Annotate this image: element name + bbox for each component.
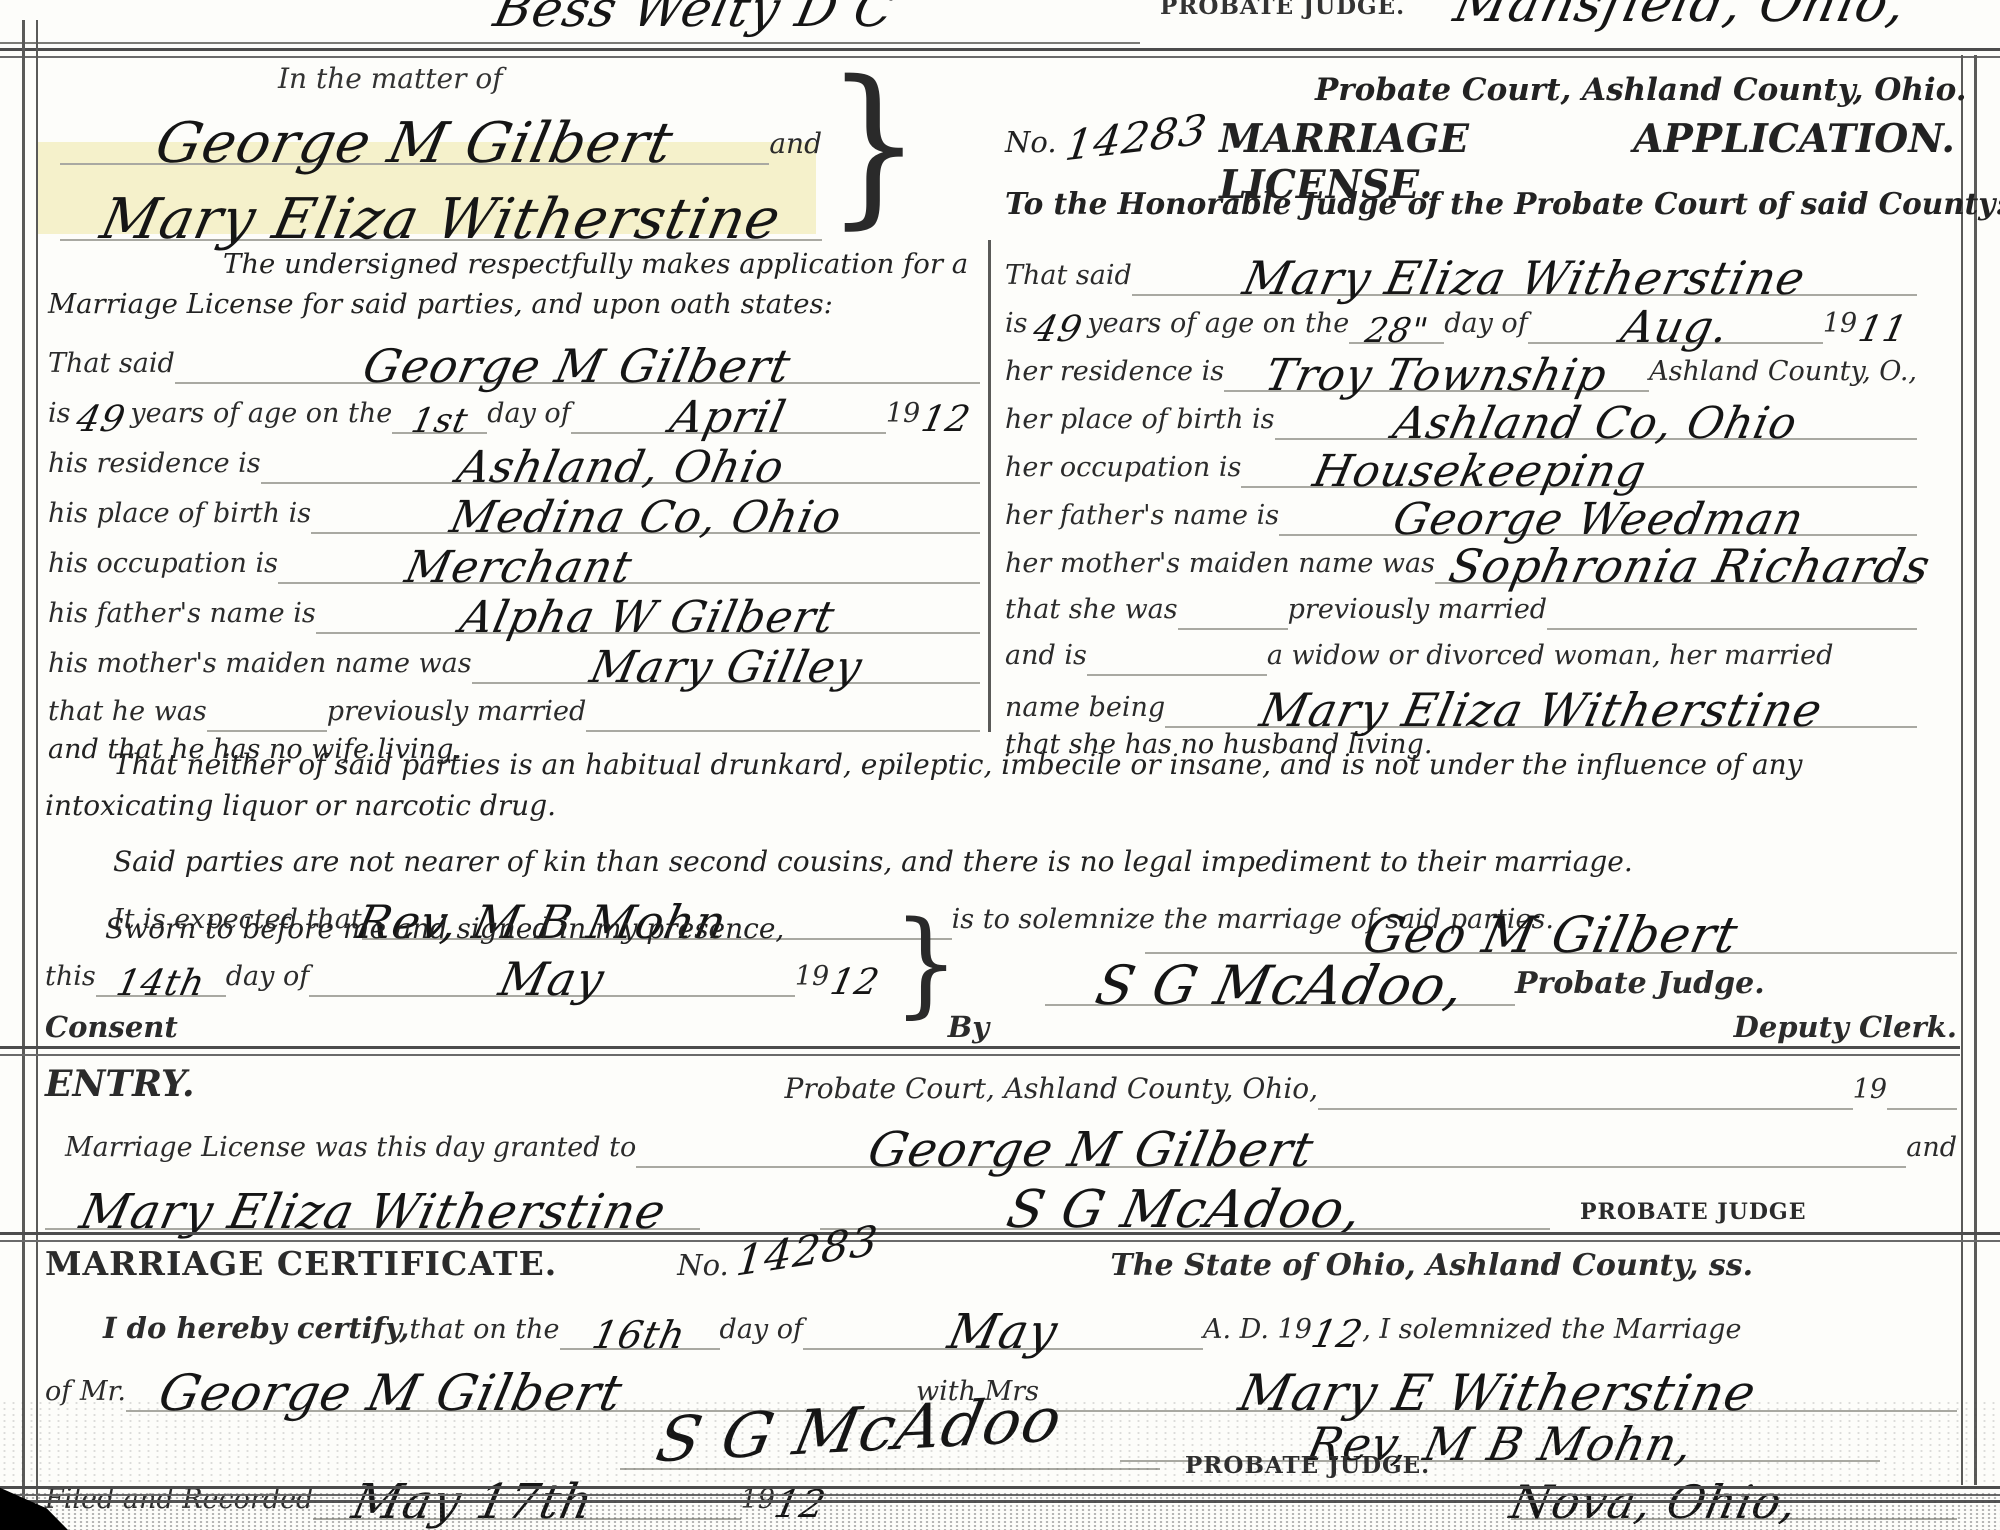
year-prefix: 19 — [886, 398, 920, 434]
bride-residence-field: Troy Township — [1224, 359, 1649, 392]
application-intro-2: Marriage License for said parties, and u… — [48, 284, 980, 324]
this-label: this — [45, 961, 96, 997]
drunkard-clause: That neither of said parties is an habit… — [45, 744, 1957, 826]
left-border-inner — [36, 20, 38, 1530]
no-label: No. — [677, 1248, 729, 1287]
groom-mother-value: Mary Gilley — [587, 651, 865, 685]
groom-month-field: April — [571, 401, 886, 434]
residence-suffix-label: Ashland County, O., — [1649, 356, 1917, 392]
groom-mother-field: Mary Gilley — [472, 651, 980, 684]
day-of-label: day of — [720, 1314, 803, 1350]
father-label: his father's name is — [48, 598, 316, 634]
groom-father-field: Alpha W Gilbert — [316, 601, 980, 634]
bride-mother-value: Sophronia Richards — [1446, 549, 1933, 585]
header-brace: } — [826, 45, 921, 245]
groom-column: The undersigned respectfully makes appli… — [48, 244, 980, 768]
mother-label: his mother's maiden name was — [48, 648, 472, 684]
license-number: 14283 — [1063, 114, 1209, 163]
bride-month-value: Aug. — [1618, 311, 1732, 345]
previously-married-label-1: that he was — [48, 696, 207, 732]
sworn-month-value: May — [496, 962, 607, 998]
bride-year-value: 11 — [1856, 316, 1910, 344]
bride-occupation-field: Housekeeping — [1241, 455, 1917, 488]
previously-married-label-1: that she was — [1005, 594, 1178, 630]
and-is-label: and is — [1005, 640, 1087, 676]
signature-block: Geo M Gilbert S G McAdoo, Probate Judge. — [1045, 900, 1957, 1006]
year-prefix: 19 — [1853, 1074, 1887, 1110]
entry-section: ENTRY. Probate Court, Ashland County, Oh… — [45, 1058, 1957, 1230]
previously-married-label-2: previously married — [1288, 594, 1547, 630]
groom-occupation-value: Merchant — [403, 551, 636, 585]
state-of-ohio-line: The State of Ohio, Ashland County, ss. — [1110, 1248, 1753, 1288]
right-border-inner — [1961, 55, 1963, 1485]
bride-age-value: 49 — [1031, 316, 1085, 344]
groom-birthplace-value: Medina Co, Ohio — [447, 501, 844, 535]
groom-month-value: April — [668, 401, 789, 435]
cert-judge-signature: S G McAdoo — [653, 1396, 1066, 1465]
granted-label: Marriage License was this day granted to — [45, 1132, 636, 1168]
cert-month-field: May — [803, 1314, 1203, 1350]
day-of-label: day of — [1444, 308, 1527, 344]
on-the-label: that on the — [409, 1314, 559, 1350]
bride-name-field: Mary Eliza Witherstine — [1132, 261, 1917, 296]
name-being-label: name being — [1005, 692, 1165, 728]
groom-age-value: 49 — [74, 406, 128, 434]
groom-year-value: 12 — [919, 406, 973, 434]
rule — [0, 42, 1140, 44]
cert-year-value: 12 — [1309, 1320, 1366, 1350]
groom-father-value: Alpha W Gilbert — [458, 601, 838, 635]
consent-label: Consent — [45, 1010, 178, 1049]
sworn-day-value: 14th — [114, 970, 207, 998]
groom-name-field: George M Gilbert — [175, 349, 980, 384]
top-double-rule — [0, 48, 2000, 58]
certificate-title: MARRIAGE CERTIFICATE. — [45, 1244, 557, 1288]
bride-married-name-field: Mary Eliza Witherstine — [1165, 693, 1917, 728]
and-label: and — [769, 127, 822, 165]
left-border-outer — [22, 20, 25, 1530]
blank-line — [586, 730, 980, 732]
bride-married-name-value: Mary Eliza Witherstine — [1257, 693, 1825, 729]
years-of-age-label: years of age on the — [130, 398, 392, 434]
groom-birthplace-field: Medina Co, Ohio — [311, 501, 980, 534]
is-label: is — [1005, 308, 1028, 344]
blank-line — [1887, 1108, 1957, 1110]
judge-signature: S G McAdoo, — [1092, 965, 1468, 1007]
day-of-label: day of — [226, 961, 309, 997]
year-prefix: 19 — [795, 961, 829, 997]
groom-name-line: George M Gilbert — [60, 122, 769, 165]
judge-signature-line: S G McAdoo, — [1045, 965, 1515, 1006]
groom-residence-field: Ashland, Ohio — [261, 451, 980, 484]
day-of-label: day of — [487, 398, 570, 434]
bride-column: That said Mary Eliza Witherstine is 49 y… — [1005, 240, 1917, 762]
bride-father-value: George Weedman — [1390, 503, 1806, 537]
that-said-label: That said — [1005, 260, 1132, 296]
no-label: No. — [1005, 125, 1057, 159]
blank-line — [1087, 674, 1267, 676]
sworn-year-value: 12 — [828, 969, 882, 997]
sworn-day-field: 14th — [96, 970, 226, 997]
probate-judge-label: PROBATE JUDGE — [1550, 1199, 1806, 1230]
widow-or-divorced-label: a widow or divorced woman, her married — [1267, 640, 1834, 676]
entry-bride-field: Mary Eliza Witherstine — [45, 1194, 700, 1230]
blank-line — [1318, 1108, 1853, 1110]
groom-name-handwriting: George M Gilbert — [152, 122, 676, 166]
is-label: is — [48, 398, 71, 434]
kinship-clause: Said parties are not nearer of kin than … — [45, 842, 1957, 882]
birthplace-label: her place of birth is — [1005, 404, 1275, 440]
certificate-section: MARRIAGE CERTIFICATE. No. 14283 The Stat… — [45, 1244, 1957, 1520]
bride-name-line: Mary Eliza Witherstine — [60, 198, 822, 241]
that-said-label: That said — [48, 348, 175, 384]
bride-occupation-value: Housekeeping — [1310, 455, 1649, 489]
sworn-section: Sworn to before me and signed in my pres… — [45, 900, 1957, 1049]
bride-birthplace-value: Ashland Co, Ohio — [1391, 407, 1801, 441]
section-rule-certificate — [0, 1232, 2000, 1242]
header-right: Probate Court, Ashland County, Ohio. No.… — [1005, 72, 1955, 221]
probate-judge-label-bottom: PROBATE JUDGE. — [1185, 1452, 1430, 1479]
court-title: Probate Court, Ashland County, Ohio. — [1005, 72, 1955, 108]
section-rule-entry — [0, 1046, 1960, 1056]
residence-label: his residence is — [48, 448, 261, 484]
honorable-line: To the Honorable Judge of the Probate Co… — [1005, 186, 1955, 221]
bride-residence-value: Troy Township — [1263, 359, 1611, 393]
deputy-clerk-label: Deputy Clerk. — [1734, 1010, 1957, 1049]
header-left: In the matter of George M Gilbert and Ma… — [60, 62, 822, 241]
birthplace-label: his place of birth is — [48, 498, 311, 534]
bride-birthplace-field: Ashland Co, Ohio — [1275, 407, 1917, 440]
blank-line — [631, 1518, 740, 1520]
residence-label: her residence is — [1005, 356, 1224, 392]
entry-groom-field: George M Gilbert — [636, 1132, 1906, 1168]
year-prefix: 19 — [1823, 308, 1857, 344]
probate-judge-label: Probate Judge. — [1515, 966, 1765, 1006]
right-border-outer — [1974, 55, 1977, 1485]
and-label: and — [1906, 1132, 1957, 1168]
bottom-rule-1 — [0, 1486, 2000, 1496]
groom-day-field: 1st — [392, 408, 487, 434]
certify-label: I do hereby certify, — [103, 1311, 409, 1350]
entry-judge-signature: S G McAdoo, — [1004, 1190, 1366, 1231]
of-mr-label: of Mr. — [45, 1376, 126, 1412]
sworn-brace: } — [893, 896, 959, 1030]
in-the-matter-of: In the matter of — [278, 62, 822, 95]
bride-name-handwriting: Mary Eliza Witherstine — [98, 198, 785, 242]
previously-married-label-2: previously married — [327, 696, 586, 732]
entry-court-label: Probate Court, Ashland County, Ohio, — [785, 1072, 1319, 1110]
cert-bride-value: Mary E Witherstine — [1236, 1374, 1760, 1413]
groom-day-value: 1st — [409, 408, 470, 435]
entry-title: ENTRY. — [45, 1063, 195, 1110]
bride-mother-field: Sophronia Richards — [1435, 549, 1917, 584]
cert-groom-value: George M Gilbert — [156, 1374, 626, 1413]
bottom-rule-2 — [0, 1500, 2000, 1503]
bride-father-field: George Weedman — [1279, 503, 1917, 536]
occupation-label: her occupation is — [1005, 452, 1241, 488]
applicant-signature-line: Geo M Gilbert — [1145, 916, 1957, 954]
blank-line — [1178, 628, 1288, 630]
application-title: APPLICATION. — [1633, 116, 1955, 162]
mother-label: her mother's maiden name was — [1005, 548, 1435, 584]
sworn-month-field: May — [309, 962, 795, 997]
father-label: her father's name is — [1005, 500, 1279, 536]
bride-month-field: Aug. — [1528, 311, 1823, 344]
application-intro-1: The undersigned respectfully makes appli… — [48, 244, 980, 284]
entry-groom-value: George M Gilbert — [865, 1132, 1317, 1169]
groom-name-value: George M Gilbert — [361, 349, 795, 385]
cert-day-field: 16th — [560, 1321, 720, 1350]
place-signature-top: Mansfield, Ohio, — [1451, 0, 1910, 25]
blank-line — [1547, 628, 1917, 630]
entry-judge-field: S G McAdoo, — [820, 1190, 1550, 1230]
probate-judge-label-top: PROBATE JUDGE. — [1160, 0, 1405, 20]
cert-day-value: 16th — [590, 1321, 688, 1351]
ad-label: A. D. 19 — [1203, 1314, 1312, 1350]
bride-day-field: 28" — [1349, 318, 1444, 344]
solemnized-label: , I solemnized the Marriage — [1362, 1314, 1741, 1350]
clerk-signature: Bess Welty D C — [491, 0, 898, 29]
applicant-signature: Geo M Gilbert — [1360, 916, 1741, 955]
column-divider — [988, 240, 991, 732]
cert-month-value: May — [945, 1314, 1061, 1351]
bride-day-value: 28" — [1363, 318, 1431, 345]
years-of-age-label: years of age on the — [1087, 308, 1349, 344]
groom-occupation-field: Merchant — [278, 551, 980, 584]
groom-residence-value: Ashland, Ohio — [454, 451, 787, 485]
bride-name-value: Mary Eliza Witherstine — [1240, 261, 1808, 297]
occupation-label: his occupation is — [48, 548, 278, 584]
cert-bride-field: Mary E Witherstine — [1039, 1374, 1957, 1412]
marriage-license-document: Bess Welty D C PROBATE JUDGE. Mansfield,… — [0, 0, 2000, 1530]
entry-bride-value: Mary Eliza Witherstine — [77, 1194, 669, 1231]
